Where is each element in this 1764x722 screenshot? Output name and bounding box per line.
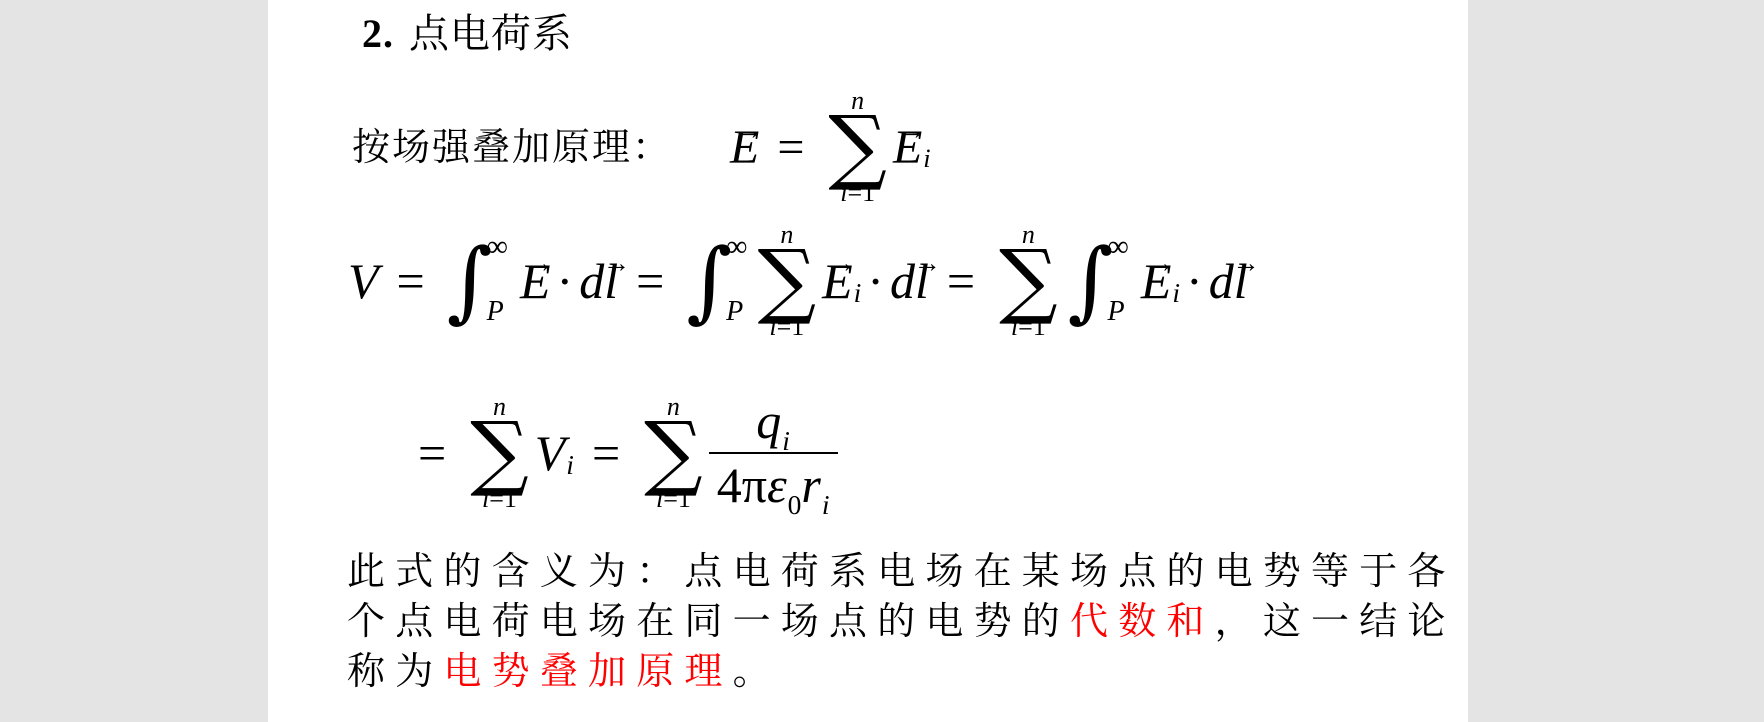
emphasis-potential-superposition: 电势叠加原理 (443, 649, 732, 693)
summation: n ∑ i=1 (758, 222, 817, 340)
integral: ∫ ∞P (686, 236, 747, 326)
field-superposition-formula: E→ = n ∑ i=1 E→ i (730, 88, 931, 206)
explanation-paragraph: 此式的含义为：点电荷系电场在某场点的电势等于各个点电荷电场在同一场点的电势的代数… (347, 546, 1457, 696)
document-page: 2. 点电荷系 按场强叠加原理： E→ = n ∑ i=1 E→ i V = ∫ (268, 0, 1468, 722)
potential-integral-formula: V = ∫ ∞P E→ · dl→ = ∫ ∞P n ∑ i=1 E→i · d… (348, 222, 1248, 340)
section-number: 2. (362, 11, 394, 56)
vector-E: E→ (730, 120, 759, 175)
integral: ∫ ∞P (447, 236, 508, 326)
summation: n ∑ i=1 (828, 88, 887, 206)
section-heading: 2. 点电荷系 (362, 8, 573, 60)
potential-sum-formula: = n ∑ i=1 Vi = n ∑ i=1 qi 4πε0ri (418, 392, 830, 514)
summation: n ∑ i=1 (999, 222, 1058, 340)
integral: ∫ ∞P (1068, 236, 1129, 326)
emphasis-algebraic-sum: 代数和 (1070, 599, 1215, 643)
superposition-label: 按场强叠加原理： (352, 122, 672, 172)
summation: n ∑ i=1 (470, 394, 529, 512)
section-title: 点电荷系 (409, 11, 573, 57)
coulomb-potential-fraction: qi 4πε0ri (717, 392, 830, 514)
vector-E-i: E→ (893, 120, 922, 175)
summation: n ∑ i=1 (644, 394, 703, 512)
explanation-period: 。 (733, 649, 781, 693)
